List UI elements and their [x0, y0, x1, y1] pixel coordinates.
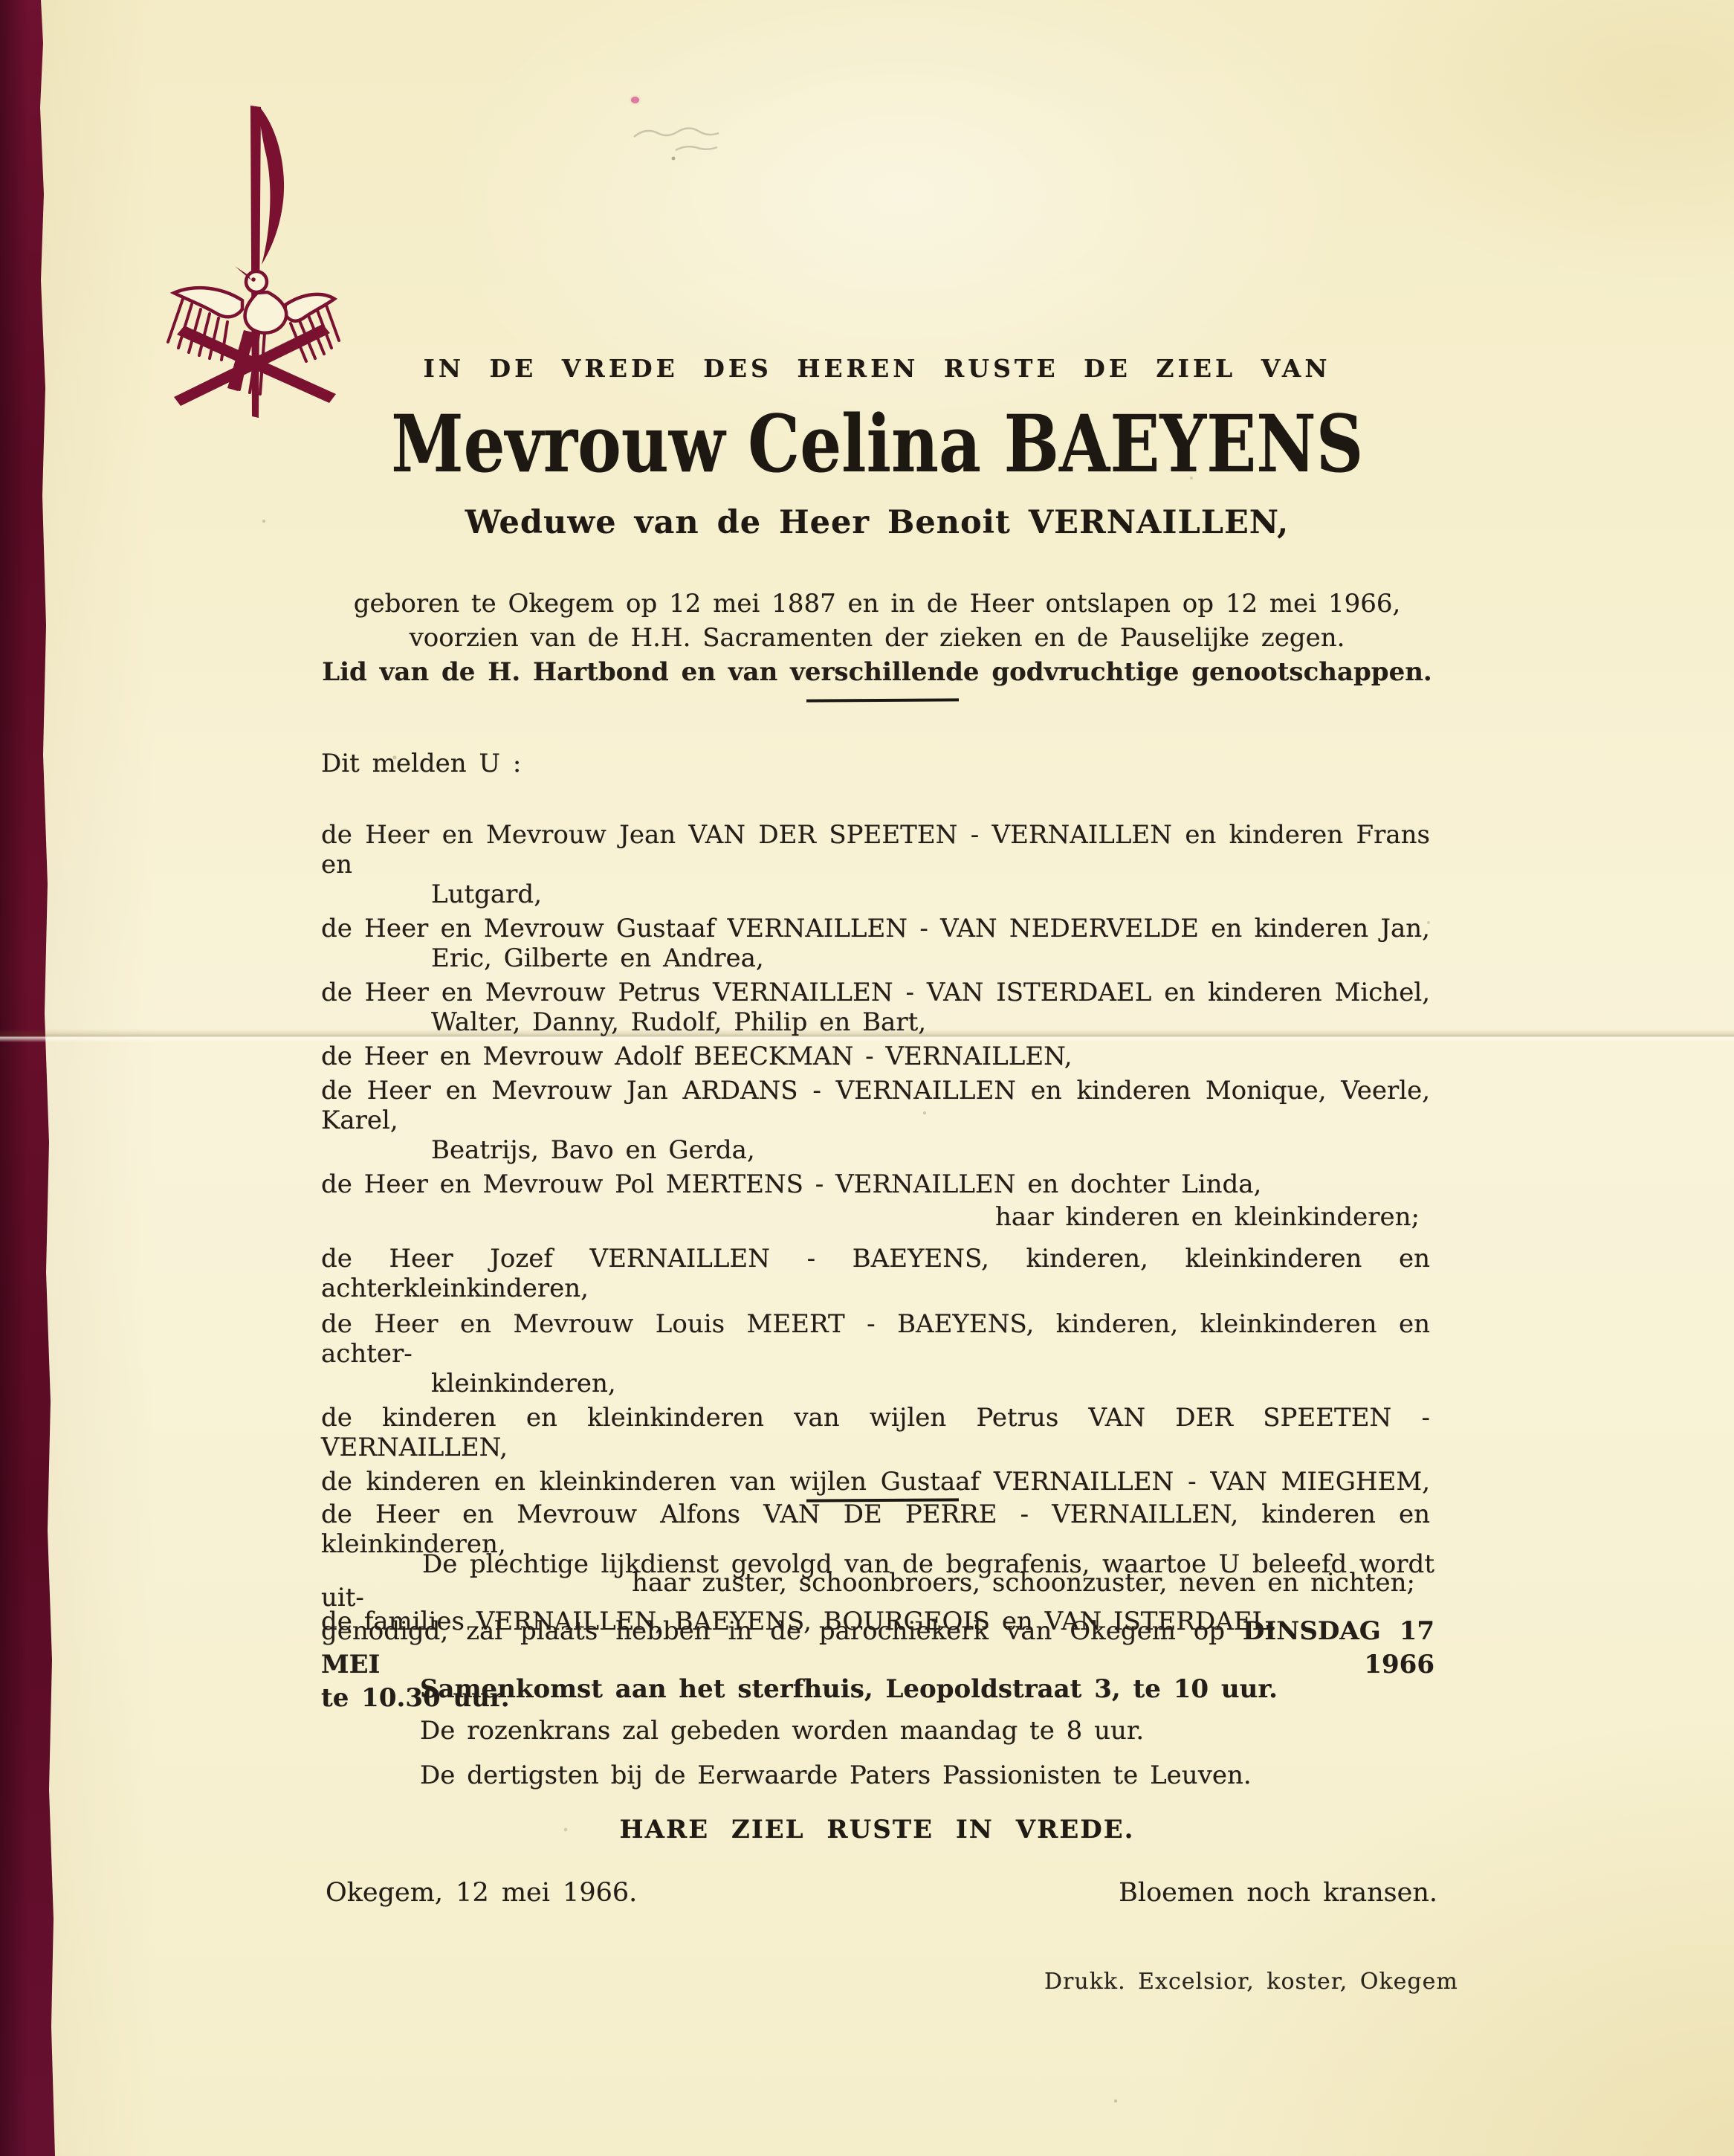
family-line: de Heer en Mevrouw Louis MEERT - BAEYENS… [321, 1309, 1430, 1369]
family-line: de kinderen en kleinkinderen van wijlen … [321, 1467, 1430, 1497]
thirtieth-line: De dertigsten bij de Eerwaarde Paters Pa… [420, 1760, 1278, 1791]
life-dates-paragraph: geboren te Okegem op 12 mei 1887 en in d… [297, 587, 1457, 689]
announcement-intro: Dit melden U : [321, 749, 521, 778]
family-line-continuation: Beatrijs, Bavo en Gerda, [321, 1135, 1430, 1165]
place-date-line: Okegem, 12 mei 1966. [326, 1878, 637, 1908]
no-flowers-line: Bloemen noch kransen. [1119, 1878, 1437, 1908]
intro-line: IN DE VREDE DES HEREN RUSTE DE ZIEL VAN [297, 354, 1457, 383]
printer-credit: Drukk. Excelsior, koster, Okegem [1044, 1969, 1458, 1995]
family-line: de Heer en Mevrouw Petrus VERNAILLEN - V… [321, 978, 1430, 1007]
rosary-line: De rozenkrans zal gebeden worden maandag… [420, 1715, 1278, 1746]
family-line-grandchildren: haar kinderen en kleinkinderen; [321, 1202, 1430, 1232]
deceased-name-text: Mevrouw Celina BAEYENS [391, 397, 1363, 490]
birth-death-line: geboren te Okegem op 12 mei 1887 en in d… [297, 587, 1457, 621]
funeral-line-2: genodigd, zal plaats hebben in de paroch… [321, 1615, 1434, 1682]
paper-speckles [0, 0, 1, 1]
membership-line: Lid van de H. Hartbond en van verschille… [297, 655, 1457, 689]
family-line-continuation: kleinkinderen, [321, 1369, 1430, 1398]
meeting-line: Samenkomst aan het sterfhuis, Leopoldstr… [420, 1674, 1278, 1705]
funeral-card-scan: IN DE VREDE DES HEREN RUSTE DE ZIEL VAN … [0, 0, 1734, 2156]
family-list: de Heer en Mevrouw Jean VAN DER SPEETEN … [321, 820, 1430, 1636]
pencil-scribble [628, 112, 747, 161]
practical-details: Samenkomst aan het sterfhuis, Leopoldstr… [420, 1674, 1278, 1791]
family-line-continuation: Lutgard, [321, 879, 1430, 909]
family-line: de kinderen en kleinkinderen van wijlen … [321, 1403, 1430, 1462]
family-line: de Heer en Mevrouw Jean VAN DER SPEETEN … [321, 820, 1430, 879]
family-line: de Heer en Mevrouw Gustaaf VERNAILLEN - … [321, 914, 1430, 943]
family-line: de Heer en Mevrouw Jan ARDANS - VERNAILL… [321, 1076, 1430, 1135]
family-line-continuation: Eric, Gilberte en Andrea, [321, 943, 1430, 973]
funeral-line-2-text: genodigd, zal plaats hebben in de paroch… [321, 1616, 1243, 1646]
widow-line: Weduwe van de Heer Benoit VERNAILLEN, [297, 504, 1457, 541]
family-line: de Heer en Mevrouw Pol MERTENS - VERNAIL… [321, 1169, 1430, 1199]
deceased-name-title: Mevrouw Celina BAEYENS [297, 400, 1457, 488]
section-divider [806, 698, 959, 702]
left-binding-band [0, 0, 62, 2156]
rest-in-peace-line: HARE ZIEL RUSTE IN VREDE. [297, 1815, 1457, 1844]
family-line: de Heer en Mevrouw Adolf BEECKMAN - VERN… [321, 1042, 1430, 1071]
family-line: de Heer Jozef VERNAILLEN - BAEYENS, kind… [321, 1244, 1430, 1303]
sacraments-line: voorzien van de H.H. Sacramenten der zie… [297, 621, 1457, 655]
family-line-continuation: Walter, Danny, Rudolf, Philip en Bart, [321, 1007, 1430, 1037]
pink-ink-mark [631, 97, 639, 103]
funeral-line-1: De plechtige lijkdienst gevolgd van de b… [321, 1548, 1434, 1615]
